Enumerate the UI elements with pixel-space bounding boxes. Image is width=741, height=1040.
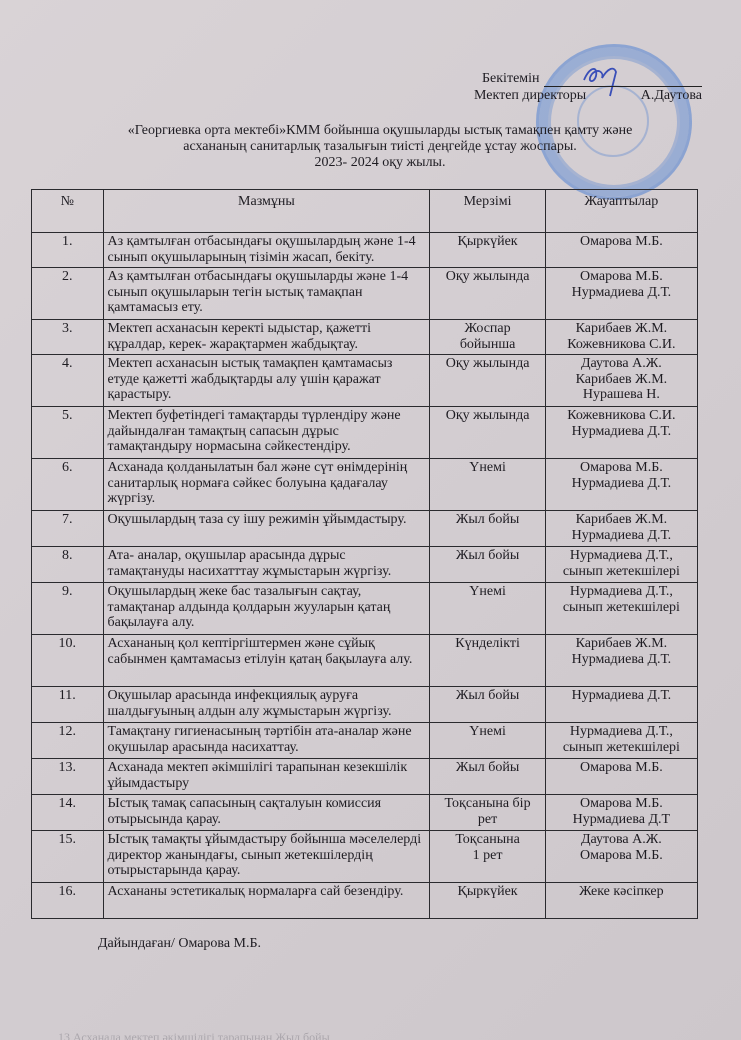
- row-number: 16.: [32, 883, 104, 919]
- row-responsible-line: Нурмадиева Д.Т.: [550, 476, 693, 492]
- row-term: Тоқсанына біррет: [430, 795, 545, 831]
- row-responsible-line: Карибаев Ж.М.: [550, 512, 693, 528]
- row-term-line: Оқу жылында: [434, 408, 540, 424]
- row-responsible-line: Нурмадиева Д.Т.: [550, 688, 693, 704]
- table-row: 15.Ыстық тамақты ұйымдастыру бойынша мәс…: [32, 831, 698, 883]
- row-content: Ыстық тамақты ұйымдастыру бойынша мәселе…: [103, 831, 430, 883]
- row-term-line: Қыркүйек: [434, 884, 540, 900]
- row-term: Жыл бойы: [430, 687, 545, 723]
- header-number: №: [32, 190, 104, 233]
- row-content: Мектеп буфетіндегі тамақтарды түрлендіру…: [103, 407, 430, 459]
- row-number: 3.: [32, 320, 104, 355]
- row-responsible-line: Нурмадиева Д.Т.,: [550, 724, 693, 740]
- row-number: 13.: [32, 759, 104, 795]
- row-responsible: Нурмадиева Д.Т.,сынып жетекшілері: [545, 583, 697, 635]
- row-responsible-line: Нурмадиева Д.Т.: [550, 285, 693, 301]
- row-term: Үнемі: [430, 459, 545, 511]
- row-content: Тамақтану гигиенасының тәртібін ата-анал…: [103, 723, 430, 759]
- row-responsible-line: Омарова М.Б.: [550, 760, 693, 776]
- row-number: 6.: [32, 459, 104, 511]
- official-stamp: [536, 44, 692, 200]
- row-term-line: Жоспар: [434, 321, 540, 337]
- row-responsible: Нурмадиева Д.Т.,сынып жетекшілері: [545, 547, 697, 583]
- table-row: 9.Оқушылардың жеке бас тазалығын сақтау,…: [32, 583, 698, 635]
- row-term: Жыл бойы: [430, 759, 545, 795]
- row-number: 4.: [32, 355, 104, 407]
- table-row: 5.Мектеп буфетіндегі тамақтарды түрленді…: [32, 407, 698, 459]
- row-term: Жыл бойы: [430, 547, 545, 583]
- row-number: 5.: [32, 407, 104, 459]
- row-term: Оқу жылында: [430, 407, 545, 459]
- row-term: Қыркүйек: [430, 883, 545, 919]
- approval-label: Бекітемін: [482, 70, 540, 87]
- row-content: Оқушылардың жеке бас тазалығын сақтау, т…: [103, 583, 430, 635]
- row-term: Қыркүйек: [430, 233, 545, 268]
- row-responsible-line: сынып жетекшілері: [550, 600, 693, 616]
- row-responsible-line: Омарова М.Б.: [550, 796, 693, 812]
- row-responsible: Омарова М.Б.: [545, 233, 697, 268]
- row-responsible-line: Нурмадиева Д.Т.,: [550, 548, 693, 564]
- row-term-line: 1 рет: [434, 848, 540, 864]
- row-term-line: Жыл бойы: [434, 688, 540, 704]
- row-responsible-line: Нурмадиева Д.Т.,: [550, 584, 693, 600]
- table-row: 1.Аз қамтылған отбасындағы оқушылардың ж…: [32, 233, 698, 268]
- row-responsible-line: Даутова А.Ж.: [550, 832, 693, 848]
- row-number: 7.: [32, 511, 104, 547]
- row-responsible: Омарова М.Б.Нурмадиева Д.Т.: [545, 459, 697, 511]
- row-term: Күнделікті: [430, 635, 545, 687]
- signature-line: [544, 74, 702, 87]
- approval-block: Бекітемін Мектеп директоры А.Даутова: [470, 70, 702, 104]
- row-term: Үнемі: [430, 723, 545, 759]
- row-content: Асхананы эстетикалық нормаларға сай безе…: [103, 883, 430, 919]
- row-responsible-line: Карибаев Ж.М.: [550, 372, 693, 388]
- table-row: 7.Оқушылардың таза су ішу режимін ұйымда…: [32, 511, 698, 547]
- row-term-line: Үнемі: [434, 724, 540, 740]
- row-responsible-line: Омарова М.Б.: [550, 234, 693, 250]
- row-term-line: Тоқсанына бір: [434, 796, 540, 812]
- row-term-line: Қыркүйек: [434, 234, 540, 250]
- title-line-2: асхананың санитарлық тазалығын тиісті де…: [100, 139, 660, 155]
- table-row: 10.Асхананың қол кептіргіштермен және сұ…: [32, 635, 698, 687]
- row-responsible-line: Омарова М.Б.: [550, 460, 693, 476]
- row-number: 14.: [32, 795, 104, 831]
- row-responsible-line: Даутова А.Ж.: [550, 356, 693, 372]
- row-content: Ыстық тамақ сапасының сақталуын комиссия…: [103, 795, 430, 831]
- header-term: Мерзімі: [430, 190, 545, 233]
- row-responsible-line: Карибаев Ж.М.: [550, 636, 693, 652]
- row-responsible-line: Кожевникова С.И.: [550, 337, 693, 353]
- row-responsible: Даутова А.Ж.Омарова М.Б.: [545, 831, 697, 883]
- row-responsible: Омарова М.Б.: [545, 759, 697, 795]
- row-responsible-line: Нурмадиева Д.Т.: [550, 424, 693, 440]
- row-content: Мектеп асханасын керекті ыдыстар, қажетт…: [103, 320, 430, 355]
- row-content: Асханада қолданылатын бал және сүт өнімд…: [103, 459, 430, 511]
- row-responsible-line: Омарова М.Б.: [550, 848, 693, 864]
- row-number: 10.: [32, 635, 104, 687]
- row-responsible: Карибаев Ж.М.Нурмадиева Д.Т.: [545, 635, 697, 687]
- row-term-line: Үнемі: [434, 584, 540, 600]
- row-responsible: Карибаев Ж.М.Кожевникова С.И.: [545, 320, 697, 355]
- row-term-line: Жыл бойы: [434, 760, 540, 776]
- row-responsible: Омарова М.Б.Нурмадиева Д.Т.: [545, 268, 697, 320]
- table-row: 2.Аз қамтылған отбасындағы оқушыларды жә…: [32, 268, 698, 320]
- row-content: Аз қамтылған отбасындағы оқушылардың жән…: [103, 233, 430, 268]
- plan-table: № Мазмұны Мерзімі Жауаптылар 1.Аз қамтыл…: [31, 189, 698, 919]
- row-term: Тоқсанына1 рет: [430, 831, 545, 883]
- approval-position: Мектеп директоры: [474, 87, 586, 104]
- document-title: «Георгиевка орта мектебі»КММ бойынша оқу…: [100, 123, 660, 171]
- row-content: Мектеп асханасын ыстық тамақпен қамтамас…: [103, 355, 430, 407]
- table-row: 3.Мектеп асханасын керекті ыдыстар, қаже…: [32, 320, 698, 355]
- row-content: Оқушылар арасында инфекциялық ауруға шал…: [103, 687, 430, 723]
- row-number: 2.: [32, 268, 104, 320]
- table-row: 13.Асханада мектеп әкімшілігі тарапынан …: [32, 759, 698, 795]
- row-term-line: Тоқсанына: [434, 832, 540, 848]
- row-responsible-line: Нурашева Н.: [550, 387, 693, 403]
- row-number: 9.: [32, 583, 104, 635]
- row-number: 12.: [32, 723, 104, 759]
- row-term-line: Оқу жылында: [434, 269, 540, 285]
- title-line-1: «Георгиевка орта мектебі»КММ бойынша оқу…: [100, 123, 660, 139]
- row-term-line: Жыл бойы: [434, 548, 540, 564]
- row-number: 8.: [32, 547, 104, 583]
- row-term-line: рет: [434, 812, 540, 828]
- row-content: Ата- аналар, оқушылар арасында дұрыс там…: [103, 547, 430, 583]
- table-row: 6.Асханада қолданылатын бал және сүт өні…: [32, 459, 698, 511]
- row-responsible-line: Кожевникова С.И.: [550, 408, 693, 424]
- title-year: 2023- 2024 оқу жылы.: [100, 155, 660, 171]
- row-responsible-line: Омарова М.Б.: [550, 269, 693, 285]
- table-row: 4.Мектеп асханасын ыстық тамақпен қамтам…: [32, 355, 698, 407]
- row-responsible-line: Нурмадиева Д.Т: [550, 812, 693, 828]
- row-content: Оқушылардың таза су ішу режимін ұйымдаст…: [103, 511, 430, 547]
- row-number: 11.: [32, 687, 104, 723]
- row-number: 15.: [32, 831, 104, 883]
- row-responsible: Карибаев Ж.М.Нурмадиева Д.Т.: [545, 511, 697, 547]
- row-term: Үнемі: [430, 583, 545, 635]
- row-term: Жоспарбойынша: [430, 320, 545, 355]
- row-term: Оқу жылында: [430, 355, 545, 407]
- table-header-row: № Мазмұны Мерзімі Жауаптылар: [32, 190, 698, 233]
- row-responsible: Нурмадиева Д.Т.,сынып жетекшілері: [545, 723, 697, 759]
- row-responsible-line: сынып жетекшілері: [550, 740, 693, 756]
- table-row: 12.Тамақтану гигиенасының тәртібін ата-а…: [32, 723, 698, 759]
- row-content: Аз қамтылған отбасындағы оқушыларды және…: [103, 268, 430, 320]
- table-row: 8.Ата- аналар, оқушылар арасында дұрыс т…: [32, 547, 698, 583]
- row-term-line: Жыл бойы: [434, 512, 540, 528]
- row-responsible: Жеке кәсіпкер: [545, 883, 697, 919]
- row-responsible-line: Нурмадиева Д.Т.: [550, 528, 693, 544]
- table-row: 16.Асхананы эстетикалық нормаларға сай б…: [32, 883, 698, 919]
- row-term: Оқу жылында: [430, 268, 545, 320]
- approval-name: А.Даутова: [641, 87, 702, 104]
- row-content: Асханада мектеп әкімшілігі тарапынан кез…: [103, 759, 430, 795]
- prepared-by: Дайындаған/ Омарова М.Б.: [98, 936, 261, 952]
- header-content: Мазмұны: [103, 190, 430, 233]
- row-term: Жыл бойы: [430, 511, 545, 547]
- table-row: 11.Оқушылар арасында инфекциялық ауруға …: [32, 687, 698, 723]
- row-term-line: бойынша: [434, 337, 540, 353]
- row-responsible-line: Карибаев Ж.М.: [550, 321, 693, 337]
- row-term-line: Үнемі: [434, 460, 540, 476]
- row-responsible-line: сынып жетекшілері: [550, 564, 693, 580]
- table-row: 14.Ыстық тамақ сапасының сақталуын комис…: [32, 795, 698, 831]
- row-responsible: Омарова М.Б.Нурмадиева Д.Т: [545, 795, 697, 831]
- bleed-through-text: 13 Асханада мектеп әкімшілігі тарапынан …: [58, 1030, 330, 1040]
- row-term-line: Күнделікті: [434, 636, 540, 652]
- header-responsible: Жауаптылар: [545, 190, 697, 233]
- row-responsible: Даутова А.Ж.Карибаев Ж.М.Нурашева Н.: [545, 355, 697, 407]
- row-responsible-line: Нурмадиева Д.Т.: [550, 652, 693, 668]
- row-responsible: Нурмадиева Д.Т.: [545, 687, 697, 723]
- row-term-line: Оқу жылында: [434, 356, 540, 372]
- row-content: Асхананың қол кептіргіштермен және сұйық…: [103, 635, 430, 687]
- row-number: 1.: [32, 233, 104, 268]
- row-responsible: Кожевникова С.И.Нурмадиева Д.Т.: [545, 407, 697, 459]
- row-responsible-line: Жеке кәсіпкер: [550, 884, 693, 900]
